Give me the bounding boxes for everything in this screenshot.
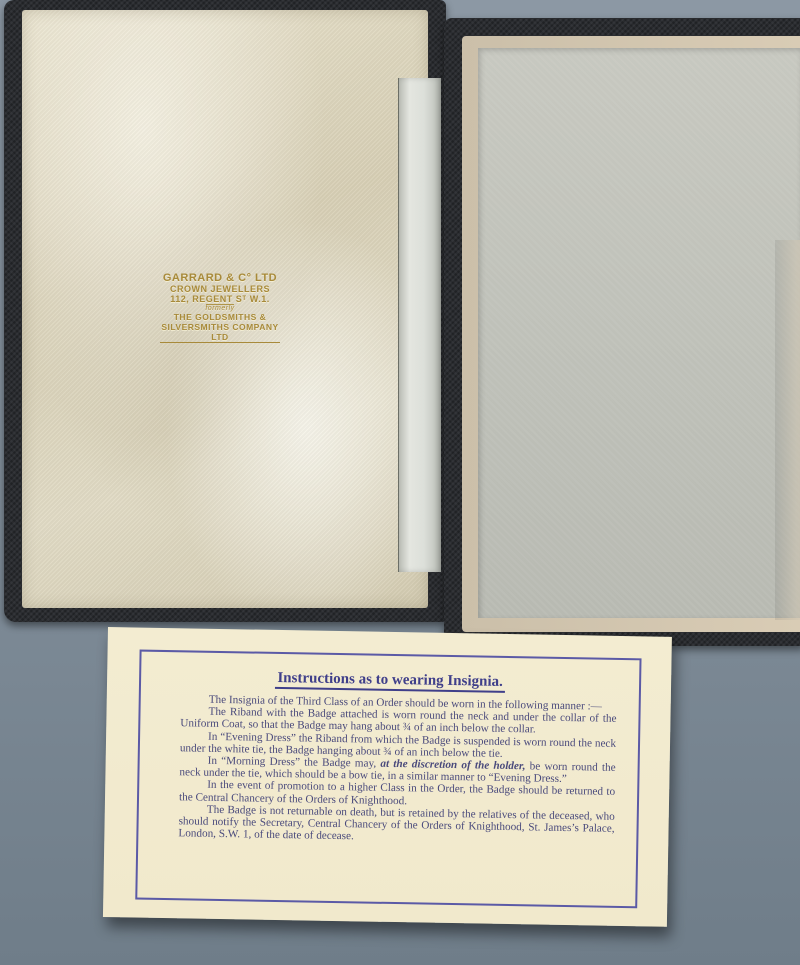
maker-stamp: GARRARD & C° LTD CROWN JEWELLERS 112, RE… [160, 272, 280, 345]
card-paragraph-death: The Badge is not returnable on death, bu… [178, 803, 615, 847]
stamp-line-6: SILVERSMITHS COMPANY LTD [160, 322, 280, 343]
medal-tray [478, 48, 800, 618]
tray-fold-shadow [775, 240, 800, 620]
case-hinge-spine [398, 78, 441, 572]
insignia-case: GARRARD & C° LTD CROWN JEWELLERS 112, RE… [0, 0, 800, 650]
card-body: The Insignia of the Third Class of an Or… [178, 693, 616, 847]
satin-lining: GARRARD & C° LTD CROWN JEWELLERS 112, RE… [22, 10, 428, 608]
stamp-line-5: THE GOLDSMITHS & [160, 312, 280, 322]
card-title: Instructions as to wearing Insignia. [141, 668, 639, 694]
case-left-half: GARRARD & C° LTD CROWN JEWELLERS 112, RE… [4, 0, 446, 622]
stamp-line-1: GARRARD & C° LTD [160, 272, 280, 284]
stamp-line-3: 112, REGENT Sᵀ W.1. [160, 294, 280, 304]
instruction-card: Instructions as to wearing Insignia. The… [103, 627, 672, 927]
stamp-line-4: formerly [160, 304, 280, 312]
card-border-frame: Instructions as to wearing Insignia. The… [135, 650, 641, 909]
stamp-line-2: CROWN JEWELLERS [160, 284, 280, 294]
